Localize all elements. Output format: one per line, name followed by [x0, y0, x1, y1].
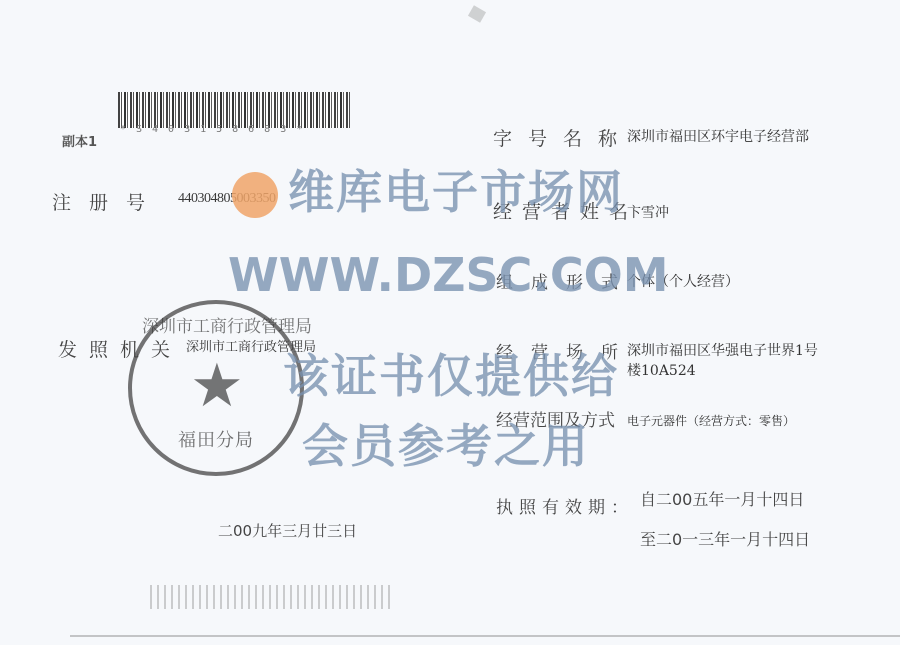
- validity-label: 执照有效期：: [496, 493, 634, 518]
- copy-label: 副本1: [62, 131, 97, 150]
- watermark-line: 该证书仅提供给: [283, 340, 619, 406]
- watermark-line: 会员参考之用: [302, 410, 590, 476]
- barcode-text: *S403158683*: [120, 124, 312, 135]
- validity-from: 自二00五年一月十四日: [640, 487, 804, 510]
- business-name-label: 字号名称: [493, 124, 633, 151]
- faded-stamp-text: [150, 585, 390, 609]
- business-name-value: 深圳市福田区环宇电子经营部: [627, 127, 827, 147]
- business-address-value: 深圳市福田区华强电子世界1号楼10A524: [627, 341, 827, 381]
- registration-label: 注册号: [52, 188, 163, 215]
- seal-ring-text: 深圳市工商行政管理局: [142, 312, 312, 337]
- validity-to: 至二0一三年一月十四日: [640, 527, 810, 550]
- barcode: [118, 92, 350, 128]
- star-icon: ★: [190, 356, 244, 416]
- business-license-document: *S403158683* 副本1 注册号 440304805003350 发照机…: [0, 0, 900, 645]
- business-scope-value: 电子元器件（经营方式：零售）: [627, 412, 795, 429]
- issue-date: 二00九年三月廿三日: [218, 520, 357, 541]
- watermark-line: WWW.DZSC.COM: [228, 248, 668, 302]
- scan-edge-line: [70, 635, 900, 637]
- operator-name-value: 卞雪冲: [627, 203, 669, 223]
- watermark-line: 维库电子市场网: [288, 156, 624, 222]
- official-seal: 深圳市工商行政管理局 ★ 福田分局: [128, 300, 304, 476]
- watermark-logo-icon: [232, 172, 278, 218]
- scan-speck: [468, 5, 486, 22]
- seal-bottom-text: 福田分局: [178, 426, 254, 452]
